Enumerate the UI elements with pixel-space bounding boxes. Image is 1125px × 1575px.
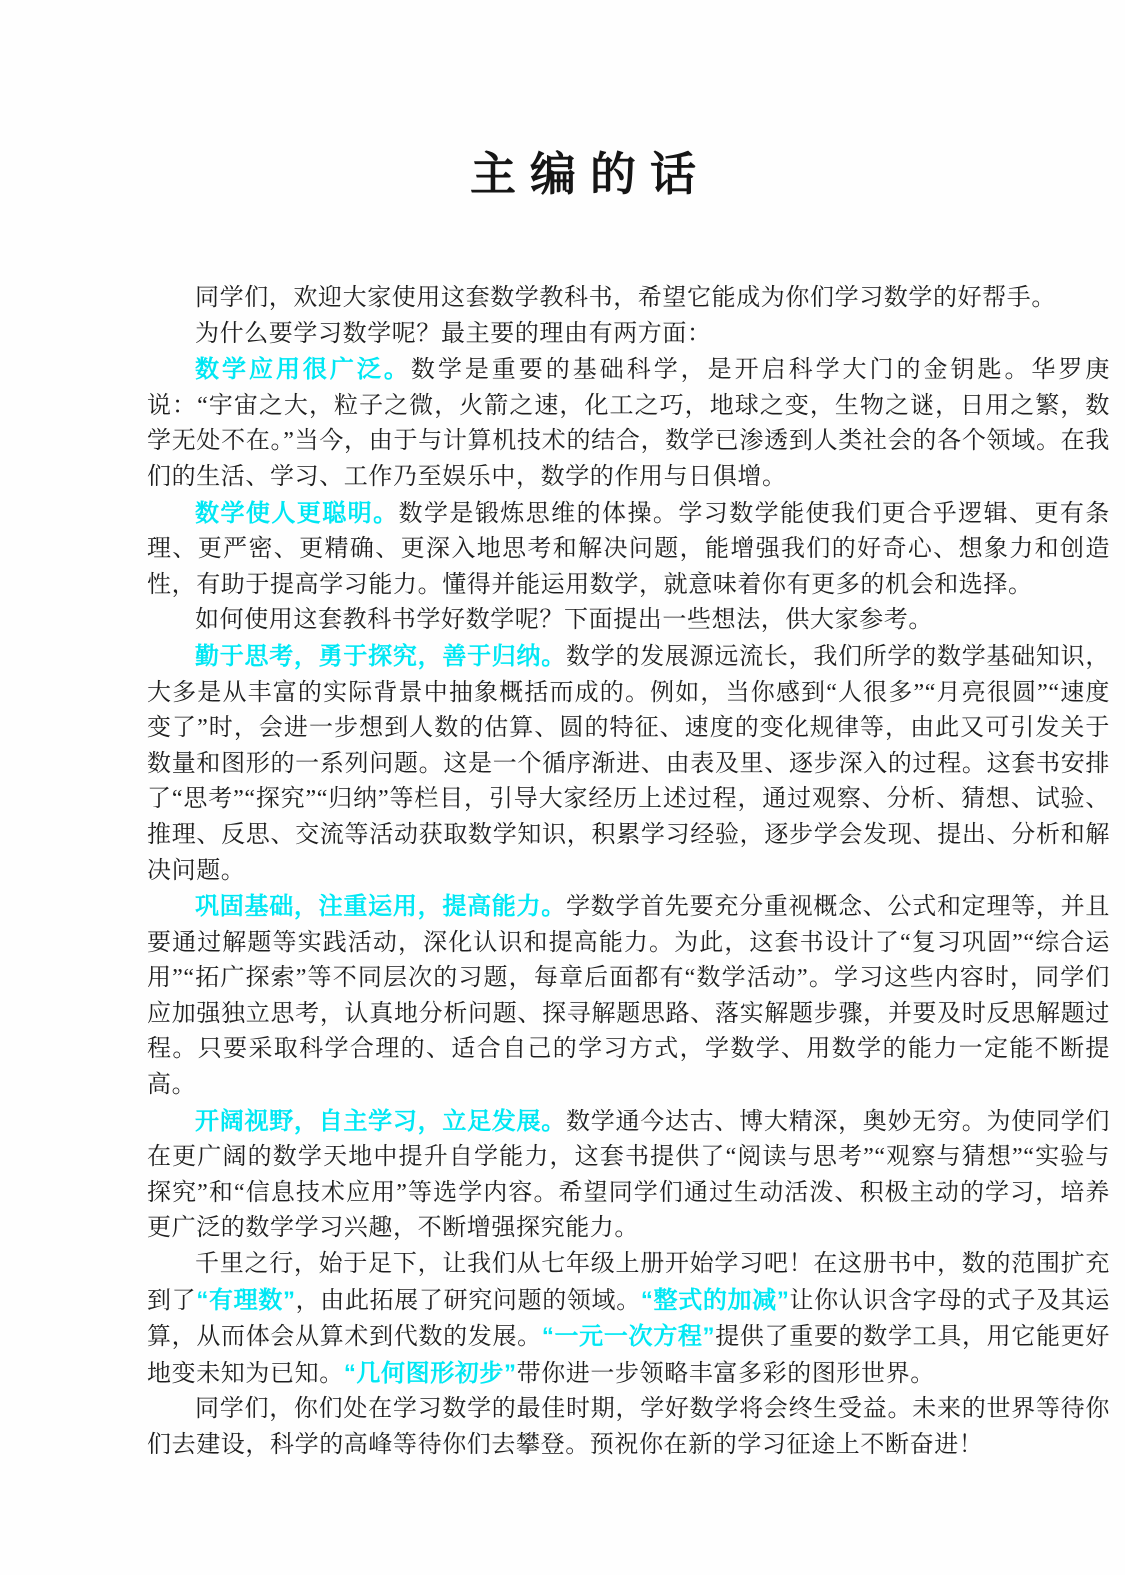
highlight-phrase: “有理数” <box>196 1287 295 1314</box>
text-segment: 同学们，欢迎大家使用这套数学教科书，希望它能成为你们学习数学的好帮手。 <box>195 285 1056 311</box>
text-segment: 为什么要学习数学呢？最主要的理由有两方面： <box>195 321 712 347</box>
highlight-phrase: 数学应用很广泛。 <box>195 356 411 383</box>
highlight-phrase: 开阔视野，自主学习，立足发展。 <box>195 1108 566 1135</box>
paragraph: 巩固基础，注重运用，提高能力。学数学首先要充分重视概念、公式和定理等，并且要通过… <box>147 889 1110 1104</box>
paragraph: 开阔视野，自主学习，立足发展。数学通今达古、博大精深，奥妙无穷。为使同学们在更广… <box>147 1104 1110 1247</box>
text-segment: 同学们，你们处在学习数学的最佳时期，学好数学将会终生受益。未来的世界等待你们去建… <box>147 1396 1110 1458</box>
highlight-phrase: 巩固基础，注重运用，提高能力。 <box>195 893 566 920</box>
paragraph: 数学应用很广泛。数学是重要的基础科学，是开启科学大门的金钥匙。华罗庚说：“宇宙之… <box>147 352 1110 495</box>
highlight-phrase: “一元一次方程” <box>542 1323 715 1350</box>
text-segment: 带你进一步领略丰富多彩的图形世界。 <box>517 1361 935 1387</box>
text-segment: ，由此拓展了研究问题的领域。 <box>296 1288 641 1314</box>
text-segment: 数学的发展源远流长，我们所学的数学基础知识，大多是从丰富的实际背景中抽象概括而成… <box>147 644 1110 884</box>
paragraph: 如何使用这套教科书学好数学呢？下面提出一些想法，供大家参考。 <box>147 603 1110 639</box>
highlight-phrase: 数学使人更聪明。 <box>195 500 399 527</box>
highlight-phrase: “几何图形初步” <box>344 1360 517 1387</box>
paragraph: 数学使人更聪明。数学是锻炼思维的体操。学习数学能使我们更合乎逻辑、更有条理、更严… <box>147 496 1110 604</box>
text-segment: 学数学首先要充分重视概念、公式和定理等，并且要通过解题等实践活动，深化认识和提高… <box>147 894 1110 1098</box>
highlight-phrase: 勤于思考，勇于探究，善于归纳。 <box>195 643 566 670</box>
preface-body: 同学们，欢迎大家使用这套数学教科书，希望它能成为你们学习数学的好帮手。为什么要学… <box>147 281 1110 1464</box>
paragraph: 为什么要学习数学呢？最主要的理由有两方面： <box>147 317 1110 353</box>
paragraph: 勤于思考，勇于探究，善于归纳。数学的发展源远流长，我们所学的数学基础知识，大多是… <box>147 639 1110 889</box>
highlight-phrase: “整式的加减” <box>641 1287 790 1314</box>
textbook-page: 主编的话 同学们，欢迎大家使用这套数学教科书，希望它能成为你们学习数学的好帮手。… <box>0 0 1125 1575</box>
page-title: 主编的话 <box>110 138 1070 204</box>
text-segment: 如何使用这套教科书学好数学呢？下面提出一些想法，供大家参考。 <box>195 607 933 633</box>
paragraph: 同学们，欢迎大家使用这套数学教科书，希望它能成为你们学习数学的好帮手。 <box>147 281 1110 317</box>
paragraph: 同学们，你们处在学习数学的最佳时期，学好数学将会终生受益。未来的世界等待你们去建… <box>147 1392 1110 1463</box>
paragraph: 千里之行，始于足下，让我们从七年级上册开始学习吧！在这册书中，数的范围扩充到了“… <box>147 1247 1110 1392</box>
